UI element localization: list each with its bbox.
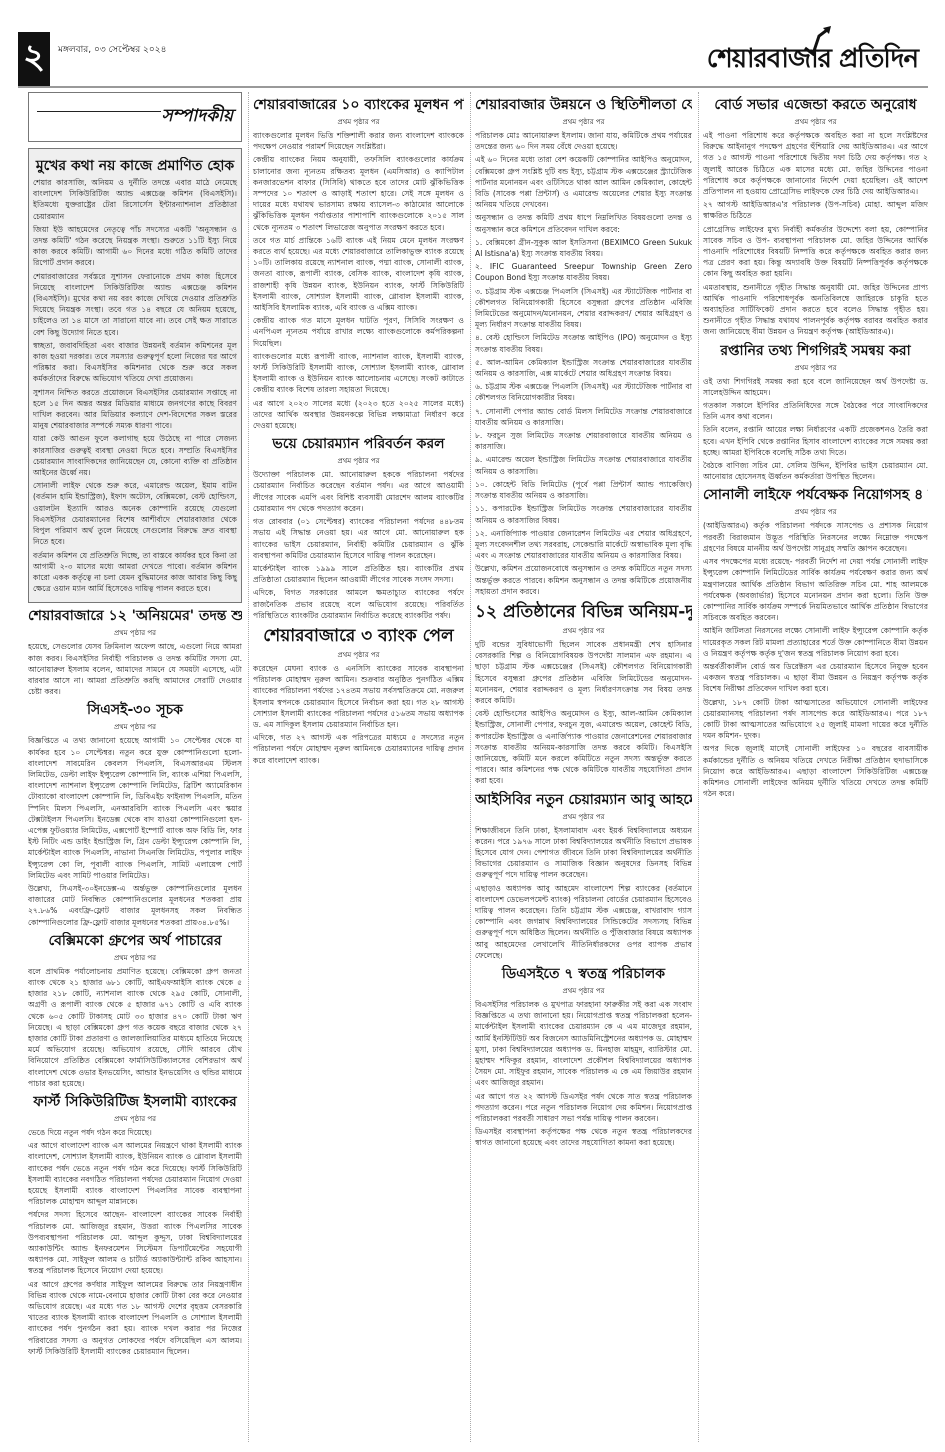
list-item: ১০. কোহেন্ট বিডি লিমিটেড (পূর্বে পপ্পা প… bbox=[475, 479, 692, 501]
paragraph: ওই তথ্য শিগগিরই সমন্বয় করা হবে বলে জানি… bbox=[703, 376, 928, 398]
article-dse-directors: ডিএসইতে ৭ স্বতন্ত্র পরিচালক প্রথম পৃষ্ঠা… bbox=[475, 965, 692, 1149]
list-item: ৯. এমারেল্ড অয়েল ইন্ডাস্ট্রিজ লিমিটেড স… bbox=[475, 454, 692, 476]
paragraph: যারা কেউ আগুন ফুলে কলাগাছ হয়ে উঠেছে না … bbox=[33, 433, 237, 478]
publication-date: মঙ্গলবার, ০৩ সেপ্টেম্বর ২০২৪ bbox=[58, 42, 166, 57]
continued-label: প্রথম পৃষ্ঠার পর bbox=[28, 627, 242, 639]
editorial-section-header: সম্পাদকীয় bbox=[28, 92, 242, 142]
paragraph: বৈঠকে বাণিজ্য সচিব মো. সেলিম উদ্দিন, ইপি… bbox=[703, 460, 928, 482]
decorative-rule bbox=[37, 111, 161, 112]
article-headline: বোর্ড সভার এজেন্ডা করতে অনুরোধ bbox=[703, 96, 928, 114]
list-item: ২. IFIC Guaranteed Sreepur Township Gree… bbox=[475, 261, 692, 283]
editorial-headline: মুখের কথা নয় কাজে প্রমাণিত হোক bbox=[33, 157, 237, 175]
article-chairman-change: ভয়ে চেয়ারম্যান পরিবর্তন করল প্রথম পৃষ্… bbox=[253, 435, 464, 621]
paragraph: (আইডিআরএ) কর্তৃক পরিচালনা পর্ষদকে সাসপেন… bbox=[703, 520, 928, 554]
paragraph: ব্যাংকগুলোর মূলধন ভিত্তি শক্তিশালী করার … bbox=[253, 130, 464, 152]
paragraph: দুটি বন্ডের সুবিধাভোগী ছিলেন সাবেক প্রধা… bbox=[475, 639, 692, 706]
column-3: শেয়ারবাজার উন্নয়নে ও স্থিতিশীলতা ফেরাত… bbox=[470, 92, 692, 1442]
continued-label: প্রথম পৃষ্ঠার পর bbox=[28, 721, 242, 733]
paragraph: উল্লেখ্য, সিএসই-৩০ইনডেক্স-এ অর্ন্তভুক্ত … bbox=[28, 883, 242, 928]
paragraph: সোনালী লাইফ থেকে শুরু করে, এমারেল্ড অয়ে… bbox=[33, 480, 237, 547]
paragraph: জিয়া ইউ আহমেদের নেতৃত্বে পাঁচ সদস্যের এ… bbox=[33, 224, 237, 269]
paragraph: অপর দিকে জুলাই মাসেই সোনালী লাইফের ১০ বছ… bbox=[703, 743, 928, 799]
paragraph: পর্ষদের সদস্য হিসেবে আছেন- বাংলাদেশ ব্যা… bbox=[28, 1209, 242, 1276]
article-headline: ভয়ে চেয়ারম্যান পরিবর্তন করল bbox=[253, 435, 464, 453]
paragraph: উল্লেখ্য, ১৮৭ কোটি টাকা আত্মসাতের অভিযোগ… bbox=[703, 697, 928, 742]
paragraph: আইনি জটিলতা নিরসনের লক্ষ্যে সোনালী লাইফ … bbox=[703, 625, 928, 659]
paragraph: ডিএসইর ব্যবস্থাপনা কর্তৃপক্ষের পক্ষ থেকে… bbox=[475, 1126, 692, 1148]
article-three-banks: শেয়ারবাজারে ৩ ব্যাংক পেল প্রথম পৃষ্ঠার … bbox=[253, 625, 464, 766]
paragraph: এদিকে, বিগত সরকারের আমলে ক্ষমতাচ্যুত ব্য… bbox=[253, 587, 464, 621]
list-item: ৫. আল-আমিন কেমিক্যাল ইন্ডাস্ট্রিজ সংক্রা… bbox=[475, 357, 692, 379]
paragraph: প্রোগ্রেসিভ লাইফের মুখ্য নির্বাহী কর্মকর… bbox=[703, 224, 928, 280]
editorial-article: মুখের কথা নয় কাজে প্রমাণিত হোক শেয়ার ক… bbox=[28, 148, 242, 603]
column-2: শেয়ারবাজারের ১০ ব্যাংকের মূলধন পরিস্থিত… bbox=[248, 92, 464, 1442]
continued-label: প্রথম পৃষ্ঠার পর bbox=[475, 625, 692, 637]
newspaper-brand-logo: শেয়ারবাজার প্রতিদিন bbox=[707, 38, 918, 82]
article-headline: আইসিবির নতুন চেয়ারম্যান আবু আহমেদ bbox=[475, 791, 692, 809]
column-4: বোর্ড সভার এজেন্ডা করতে অনুরোধ প্রথম পৃষ… bbox=[698, 92, 928, 1442]
continued-label: প্রথম পৃষ্ঠার পর bbox=[28, 952, 242, 964]
paragraph: ভেঙে দিয়ে নতুন পর্ষদ গঠন করে দিয়েছে। bbox=[28, 1127, 242, 1138]
article-headline: শেয়ারবাজারে ১২ 'অনিয়মের' তদন্ত শুরু bbox=[28, 607, 242, 625]
list-item: ৬. চট্টগ্রাম স্টক এক্সচেঞ্জ পিএলসি (সিএস… bbox=[475, 381, 692, 403]
continued-label: প্রথম পৃষ্ঠার পর bbox=[475, 116, 692, 128]
article-sonali-life: সোনালী লাইফে পর্যবেক্ষক নিয়োগসহ ৪ নির্দ… bbox=[703, 486, 928, 799]
paragraph: উদ্যোক্তা পরিচালক মো. আনোয়ারুল হককে পরি… bbox=[253, 469, 464, 514]
article-twelve-probe: শেয়ারবাজারে ১২ 'অনিয়মের' তদন্ত শুরু প্… bbox=[28, 607, 242, 697]
paragraph: বলে প্রাথমিক পর্যালোচনায় প্রমাণিত হয়েছ… bbox=[28, 966, 242, 1089]
article-headline: ১২ প্রতিষ্ঠানের বিভিন্ন অনিয়ম-দুর্নীতি bbox=[475, 601, 692, 623]
paragraph: এই ৬০ দিনের মধ্যে তারা বেশ কয়েকটি কোম্প… bbox=[475, 154, 692, 210]
paragraph: বিএসইসির পরিচালক ও মুখপাত্র ফারহানা ফারু… bbox=[475, 999, 692, 1089]
paragraph: তবে গত মার্চ প্রান্তিকে ১৬টি ব্যাংক এই ন… bbox=[253, 235, 464, 313]
paragraph: এমতাবস্থায়, শুনানীতে গৃহীত সিদ্ধান্ত অন… bbox=[703, 282, 928, 338]
article-headline: সোনালী লাইফে পর্যবেক্ষক নিয়োগসহ ৪ নির্দ… bbox=[703, 486, 928, 504]
paragraph: ব্যাংকগুলোর মধ্যে রূপালী ব্যাংক, ন্যাশনা… bbox=[253, 351, 464, 396]
list-item: ১১. কপারটেক ইন্ডাস্ট্রিজ লিমিটেড সংক্রান… bbox=[475, 503, 692, 525]
paragraph: এর আগে বাংলাদেশ ব্যাংক এস আলমের নিয়ন্ত্… bbox=[28, 1140, 242, 1207]
paragraph: এর আগে ২০২৩ সালের মধ্যে (২০২৩ হতে ২০২৫ স… bbox=[253, 398, 464, 432]
paragraph: মার্কেন্টাইল ব্যাংক ১৯৯৯ সালে প্রতিষ্ঠিত… bbox=[253, 563, 464, 585]
paragraph: বেস্ট হোল্ডিংসের আইপিও অনুমোদন ও ইস্যু, … bbox=[475, 708, 692, 786]
article-board-agenda: বোর্ড সভার এজেন্ডা করতে অনুরোধ প্রথম পৃষ… bbox=[703, 96, 928, 338]
article-headline: ফার্স্ট সিকিউরিটিজ ইসলামী ব্যাংকের bbox=[28, 1093, 242, 1111]
list-item: ৭. সোনালী পেপার অ্যান্ড বোর্ড মিলস লিমিট… bbox=[475, 406, 692, 428]
masthead: ২ মঙ্গলবার, ০৩ সেপ্টেম্বর ২০২৪ শেয়ারবাজ… bbox=[18, 32, 928, 88]
list-item: ১. বেক্সিমকো গ্রীন-সুকুক আল ইসতিসনা (BEX… bbox=[475, 237, 692, 259]
paragraph: তিনি বলেন, রপ্তানি আয়ের লক্ষ্য নির্ধারণ… bbox=[703, 424, 928, 458]
continued-label: প্রথম পৃষ্ঠার পর bbox=[253, 116, 464, 128]
paragraph: এর আগে গত ২২ আগস্ট ডিএসইর পর্ষদ থেকে সাত… bbox=[475, 1091, 692, 1125]
list-item: ৮. ফরচুন সুজ লিমিটেড সংক্রান্ত শেয়ারবাজ… bbox=[475, 430, 692, 452]
paragraph: এদিকে, গত ২৭ আগস্ট এক পরিপত্রের মাধ্যমে … bbox=[253, 732, 464, 766]
paragraph: শেয়ারবাজারের সর্বস্তরে সুশাসন ফেরানোকে … bbox=[33, 271, 237, 338]
paragraph: গতকাল সকালে ইপিবির প্রতিনিধিদের সঙ্গে বৈ… bbox=[703, 400, 928, 422]
article-headline: শেয়ারবাজারে ৩ ব্যাংক পেল bbox=[253, 625, 464, 647]
article-market-stability: শেয়ারবাজার উন্নয়নে ও স্থিতিশীলতা ফেরাত… bbox=[475, 96, 692, 597]
continued-label: প্রথম পৃষ্ঠার পর bbox=[253, 649, 464, 661]
paragraph: বিজ্ঞপ্তিতে এ তথ্য জানানো হয়েছে আগামী ১… bbox=[28, 735, 242, 881]
article-fsib: ফার্স্ট সিকিউরিটিজ ইসলামী ব্যাংকের প্রথম… bbox=[28, 1093, 242, 1357]
paragraph: অন্তর্বর্তীকালীন বোর্ড অব ডিরেক্টরস এর চ… bbox=[703, 661, 928, 695]
paragraph: এর আগে গ্রুপের কর্ণধার সাইফুল আলমের বিরু… bbox=[28, 1279, 242, 1357]
article-beximco: বেক্সিমকো গ্রুপের অর্থ পাচারের প্রথম পৃষ… bbox=[28, 932, 242, 1089]
article-headline: সিএসই-৩০ সূচক bbox=[28, 701, 242, 719]
continued-label: প্রথম পৃষ্ঠার পর bbox=[475, 811, 692, 823]
continued-label: প্রথম পৃষ্ঠার পর bbox=[703, 116, 928, 128]
article-headline: রপ্তানির তথ্য শিগগিরই সমন্বয় করা bbox=[703, 342, 928, 360]
list-item: ১২. এনার্জিপ্যাক পাওয়ার জেনারেশন লিমিটে… bbox=[475, 528, 692, 562]
list-item: ৪. বেস্ট হোল্ডিংস লিমিটেড সংক্রান্ত আইপি… bbox=[475, 332, 692, 354]
article-bank-capital: শেয়ারবাজারের ১০ ব্যাংকের মূলধন পরিস্থিত… bbox=[253, 96, 464, 431]
article-export-data: রপ্তানির তথ্য শিগগিরই সমন্বয় করা প্রথম … bbox=[703, 342, 928, 483]
continued-label: প্রথম পৃষ্ঠার পর bbox=[703, 506, 928, 518]
paragraph: কেন্দ্রীয় ব্যাংকের নিয়ম অনুযায়ী, তফসি… bbox=[253, 154, 464, 232]
paragraph: শেয়ার কারসাজি, অনিয়ম ও দুর্নীতি তদন্তে… bbox=[33, 177, 237, 222]
article-twelve-irregularities: ১২ প্রতিষ্ঠানের বিভিন্ন অনিয়ম-দুর্নীতি … bbox=[475, 601, 692, 787]
paragraph: শিক্ষাজীবনে তিনি ঢাকা, ইসলামাবাদ এবং ইয়… bbox=[475, 825, 692, 881]
paragraph: কেন্দ্রীয় ব্যাংক গত মাসে মূলধন ঘাটতি পূ… bbox=[253, 315, 464, 349]
continued-label: প্রথম পৃষ্ঠার পর bbox=[28, 1113, 242, 1125]
article-headline: শেয়ারবাজার উন্নয়নে ও স্থিতিশীলতা ফেরাত… bbox=[475, 96, 692, 114]
editorial-section-title: সম্পাদকীয় bbox=[161, 103, 233, 131]
paragraph: পরিচালক মোঃ আনোয়ারুল ইসলাম। জানা যায়, … bbox=[475, 130, 692, 152]
paragraph: এছাড়াও অধ্যাপক আবু আহমেদ বাংলাদেশ শিল্প… bbox=[475, 883, 692, 961]
article-headline: শেয়ারবাজারের ১০ ব্যাংকের মূলধন পরিস্থিত… bbox=[253, 96, 464, 114]
paragraph: করেছেন মেঘনা ব্যাংক ও এনসিসি ব্যাংকের সা… bbox=[253, 663, 464, 730]
paragraph: গত রোববার (০১ সেপ্টেম্বর) ব্যাংকের পরিচা… bbox=[253, 516, 464, 561]
article-headline: ডিএসইতে ৭ স্বতন্ত্র পরিচালক bbox=[475, 965, 692, 983]
paragraph: ২৭ আগস্ট আইডিআরএ'র পরিচালক (উপ-সচিব) মোহ… bbox=[703, 199, 928, 221]
continued-label: প্রথম পৃষ্ঠার পর bbox=[475, 985, 692, 997]
continued-label: প্রথম পৃষ্ঠার পর bbox=[253, 455, 464, 467]
paragraph: সুশাসন নিশ্চিত করতে প্রয়োজনে বিএসইসির চ… bbox=[33, 387, 237, 432]
article-icb-chairman: আইসিবির নতুন চেয়ারম্যান আবু আহমেদ প্রথম… bbox=[475, 791, 692, 961]
paragraph: হয়েছে, সেগুলোর যেসব ক্রিমিনাল অফেন্স আছ… bbox=[28, 641, 242, 697]
paragraph: উল্লেখ্য, কমিশন প্রয়োজনবোধে অনুসন্ধান ও… bbox=[475, 563, 692, 597]
paragraph: এসব পদক্ষেপের মধ্যে রয়েছে- পরবর্তী নির্… bbox=[703, 556, 928, 623]
paragraph: বর্তমান কমিশন যে প্রতিশ্রুতি দিচ্ছে, তা … bbox=[33, 550, 237, 595]
list-item: ৩. চট্টগ্রাম স্টক এক্সচেঞ্জ পিএলসি (সিএস… bbox=[475, 286, 692, 331]
column-1: সম্পাদকীয় মুখের কথা নয় কাজে প্রমাণিত হ… bbox=[28, 92, 242, 1442]
paragraph: এই পাওনা পরিশোধ করে কর্তৃপক্ষকে অবহিত কর… bbox=[703, 130, 928, 197]
paragraph: স্বচ্ছতা, জবাবদিহিতা এবং বাজার উন্নয়নই … bbox=[33, 340, 237, 385]
continued-label: প্রথম পৃষ্ঠার পর bbox=[703, 362, 928, 374]
page-number: ২ bbox=[18, 32, 50, 86]
article-cse30: সিএসই-৩০ সূচক প্রথম পৃষ্ঠার পর বিজ্ঞপ্তি… bbox=[28, 701, 242, 927]
article-headline: বেক্সিমকো গ্রুপের অর্থ পাচারের bbox=[28, 932, 242, 950]
paragraph: অনুসন্ধান ও তদন্ত কমিটি প্রথম ধাপে নিম্ন… bbox=[475, 212, 692, 234]
